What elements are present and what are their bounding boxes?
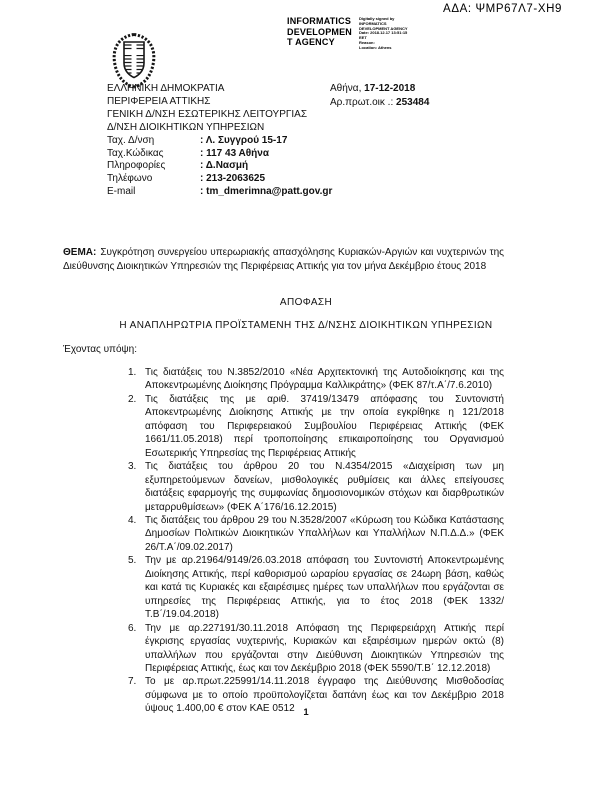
contact-fields: Ταχ. Δ/νση : Λ. Συγγρού 15-17 Ταχ.Κώδικα… — [107, 135, 367, 200]
emblem-icon — [106, 31, 162, 91]
list-item: 2. Τις διατάξεις της με αριθ. 37419/1347… — [128, 393, 504, 460]
subject-paragraph: ΘΕΜΑ:Συγκρότηση συνεργείου υπερωριακής α… — [63, 246, 504, 273]
protocol-line: Αρ.πρωτ.οικ .: 253484 — [330, 96, 429, 110]
contact-field-value: : Λ. Συγγρού 15-17 — [200, 135, 287, 148]
list-item-number: 2. — [128, 393, 145, 460]
org-line: ΠΕΡΙΦΕΡΕΙΑ ΑΤΤΙΚΗΣ — [107, 96, 367, 109]
org-lines: ΕΛΛΗΝΙΚΗ ΔΗΜΟΚΡΑΤΙΑΠΕΡΙΦΕΡΕΙΑ ΑΤΤΙΚΗΣΓΕΝ… — [107, 83, 367, 135]
stamp-signature-details: Digitally signed byINFORMATICSDEVELOPMEN… — [359, 16, 408, 51]
protocol-number: 253484 — [396, 97, 429, 108]
digital-signature-stamp: INFORMATICSDEVELOPMENT AGENCY Digitally … — [287, 16, 408, 51]
date-protocol-block: Αθήνα, 17-12-2018 Αρ.πρωτ.οικ .: 253484 — [330, 82, 429, 109]
page-number: 1 — [0, 707, 612, 718]
contact-field-label: Τηλέφωνο — [107, 173, 200, 186]
decision-heading: ΑΠΟΦΑΣΗ — [0, 297, 612, 308]
stamp-agency-line: T AGENCY — [287, 37, 352, 48]
legal-basis-list: 1. Τις διατάξεις του Ν.3852/2010 «Νέα Αρ… — [128, 366, 504, 716]
contact-field-row: Τηλέφωνο : 213-2063625 — [107, 173, 367, 186]
list-item: 6. Την με αρ.227191/30.11.2018 Απόφαση τ… — [128, 622, 504, 676]
list-item-text: Τις διατάξεις του Ν.3852/2010 «Νέα Αρχιτ… — [145, 366, 504, 393]
list-item: 3. Τις διατάξεις του άρθρου 20 του Ν.435… — [128, 460, 504, 514]
contact-field-value: : Δ.Νασμή — [200, 160, 248, 173]
contact-field-value: : tm_dmerimna@patt.gov.gr — [200, 186, 332, 199]
org-line: ΓΕΝΙΚΗ Δ/ΝΣΗ ΕΣΩΤΕΡΙΚΗΣ ΛΕΙΤΟΥΡΓΙΑΣ — [107, 109, 367, 122]
contact-field-row: Ταχ.Κώδικας : 117 43 Αθήνα — [107, 148, 367, 161]
list-item: 1. Τις διατάξεις του Ν.3852/2010 «Νέα Αρ… — [128, 366, 504, 393]
stamp-agency-name: INFORMATICSDEVELOPMENT AGENCY — [287, 16, 352, 51]
list-item-number: 3. — [128, 460, 145, 514]
list-item-number: 4. — [128, 514, 145, 554]
greek-emblem-logo — [106, 31, 162, 91]
city-date-line: Αθήνα, 17-12-2018 — [330, 82, 429, 96]
document-date: 17-12-2018 — [364, 83, 415, 94]
having-regard-label: Έχοντας υπόψη: — [63, 344, 137, 355]
contact-field-label: Ταχ. Δ/νση — [107, 135, 200, 148]
stamp-detail-line: Location: Athens — [359, 46, 408, 51]
contact-field-row: Πληροφορίες : Δ.Νασμή — [107, 160, 367, 173]
org-line: Δ/ΝΣΗ ΔΙΟΙΚΗΤΙΚΩΝ ΥΠΗΡΕΣΙΩΝ — [107, 122, 367, 135]
city-label: Αθήνα, — [330, 83, 361, 94]
contact-field-label: Ταχ.Κώδικας — [107, 148, 200, 161]
subject-text: Συγκρότηση συνεργείου υπερωριακής απασχό… — [63, 247, 504, 272]
list-item-text: Τις διατάξεις του άρθρου 20 του Ν.4354/2… — [145, 460, 504, 514]
protocol-label: Αρ.πρωτ.οικ .: — [330, 97, 393, 108]
sender-header-block: ΕΛΛΗΝΙΚΗ ΔΗΜΟΚΡΑΤΙΑΠΕΡΙΦΕΡΕΙΑ ΑΤΤΙΚΗΣΓΕΝ… — [107, 83, 367, 199]
contact-field-value: : 213-2063625 — [200, 173, 265, 186]
org-line: ΕΛΛΗΝΙΚΗ ΔΗΜΟΚΡΑΤΙΑ — [107, 83, 367, 96]
list-item-number: 1. — [128, 366, 145, 393]
contact-field-row: E-mail : tm_dmerimna@patt.gov.gr — [107, 186, 367, 199]
contact-field-label: Πληροφορίες — [107, 160, 200, 173]
list-item-text: Την με αρ.227191/30.11.2018 Απόφαση της … — [145, 622, 504, 676]
ada-code: ΑΔΑ: ΨΜΡ67Λ7-ΧΗ9 — [443, 3, 562, 15]
decision-subheading: Η ΑΝΑΠΛΗΡΩΤΡΙΑ ΠΡΟΪΣΤΑΜΕΝΗ ΤΗΣ Δ/ΝΣΗΣ ΔΙ… — [0, 320, 612, 331]
contact-field-value: : 117 43 Αθήνα — [200, 148, 269, 161]
list-item-number: 6. — [128, 622, 145, 676]
stamp-agency-line: DEVELOPMEN — [287, 27, 352, 38]
list-item-number: 5. — [128, 554, 145, 621]
contact-field-row: Ταχ. Δ/νση : Λ. Συγγρού 15-17 — [107, 135, 367, 148]
contact-field-label: E-mail — [107, 186, 200, 199]
document-page: ΑΔΑ: ΨΜΡ67Λ7-ΧΗ9 INFORMATICSDEVELOPMENT … — [0, 0, 612, 792]
list-item-text: Τις διατάξεις της με αριθ. 37419/13479 α… — [145, 393, 504, 460]
subject-label: ΘΕΜΑ: — [63, 247, 96, 258]
list-item: 4. Τις διατάξεις του άρθρου 29 του Ν.352… — [128, 514, 504, 554]
list-item-text: Την με αρ.21964/9149/26.03.2018 απόφαση … — [145, 554, 504, 621]
list-item: 5. Την με αρ.21964/9149/26.03.2018 απόφα… — [128, 554, 504, 621]
stamp-agency-line: INFORMATICS — [287, 16, 352, 27]
list-item-text: Τις διατάξεις του άρθρου 29 του Ν.3528/2… — [145, 514, 504, 554]
